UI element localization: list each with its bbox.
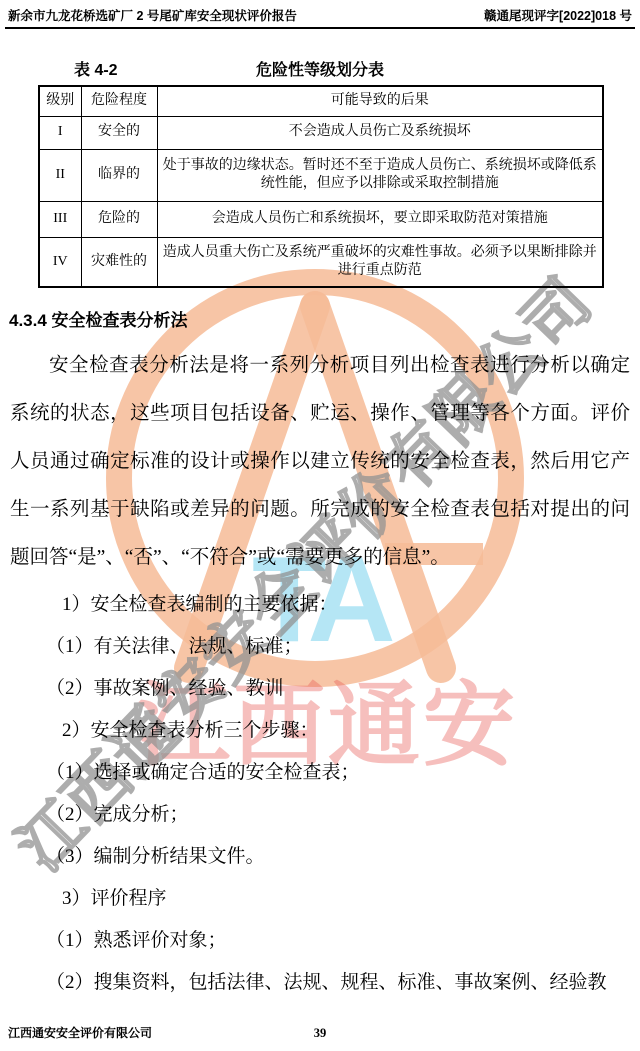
table-header-row: 级别 危险程度 可能导致的后果	[39, 86, 603, 116]
section-heading: 4.3.4 安全检查表分析法	[9, 306, 188, 331]
cell-degree: 临界的	[81, 149, 157, 201]
header-report-title: 新余市九龙花桥选矿厂 2 号尾矿库安全现状评价报告	[8, 6, 297, 24]
list-item: 2）安全检查表分析三个步骤：	[10, 710, 636, 752]
list-item: 3）评价程序	[10, 878, 636, 920]
table-caption-label: 表 4-2	[74, 57, 118, 80]
header-rule	[5, 27, 635, 29]
header-document-number: 赣通尾现评字[2022]018 号	[484, 6, 632, 24]
footer-page-number: 39	[0, 1026, 640, 1041]
table-caption: 表 4-2 危险性等级划分表	[38, 57, 602, 81]
list-item: （2）搜集资料，包括法律、法规、规程、标准、事故案例、经验教	[10, 962, 636, 1004]
col-header-degree: 危险程度	[81, 86, 157, 116]
report-page: TA 江西通安 江西通安安全评价有限公司 新余市九龙花桥选矿厂 2 号尾矿库安全…	[0, 0, 640, 1051]
cell-consequence: 造成人员重大伤亡及系统严重破坏的灾难性事故。必须予以果断排除并进行重点防范	[157, 237, 603, 287]
list-item: （3）编制分析结果文件。	[10, 836, 636, 878]
cell-level: IV	[39, 237, 81, 287]
table-row: III 危险的 会造成人员伤亡和系统损坏，要立即采取防范对策措施	[39, 201, 603, 237]
cell-consequence: 会造成人员伤亡和系统损坏，要立即采取防范对策措施	[157, 201, 603, 237]
section-paragraph: 安全检查表分析法是将一系列分析项目列出检查表进行分析以确定系统的状态，这些项目包…	[10, 342, 630, 582]
cell-consequence: 不会造成人员伤亡及系统损坏	[157, 116, 603, 149]
table-caption-title: 危险性等级划分表	[256, 62, 384, 79]
table-row: I 安全的 不会造成人员伤亡及系统损坏	[39, 116, 603, 149]
cell-level: III	[39, 201, 81, 237]
list-item: 1）安全检查表编制的主要依据：	[10, 584, 636, 626]
section-list: 1）安全检查表编制的主要依据： （1）有关法律、法规、标准； （2）事故案例、经…	[10, 584, 636, 1004]
cell-level: I	[39, 116, 81, 149]
list-item: （1）有关法律、法规、标准；	[10, 626, 636, 668]
col-header-level: 级别	[39, 86, 81, 116]
hazard-level-table: 级别 危险程度 可能导致的后果 I 安全的 不会造成人员伤亡及系统损坏 II 临…	[38, 85, 604, 288]
col-header-consequence: 可能导致的后果	[157, 86, 603, 116]
page-content: 新余市九龙花桥选矿厂 2 号尾矿库安全现状评价报告 赣通尾现评字[2022]01…	[0, 0, 640, 1051]
table-row: II 临界的 处于事故的边缘状态。暂时还不至于造成人员伤亡、系统损坏或降低系统性…	[39, 149, 603, 201]
cell-degree: 灾难性的	[81, 237, 157, 287]
page-header: 新余市九龙花桥选矿厂 2 号尾矿库安全现状评价报告 赣通尾现评字[2022]01…	[8, 6, 632, 24]
table-row: IV 灾难性的 造成人员重大伤亡及系统严重破坏的灾难性事故。必须予以果断排除并进…	[39, 237, 603, 287]
list-item: （2）完成分析；	[10, 794, 636, 836]
cell-level: II	[39, 149, 81, 201]
cell-consequence: 处于事故的边缘状态。暂时还不至于造成人员伤亡、系统损坏或降低系统性能，但应予以排…	[157, 149, 603, 201]
list-item: （2）事故案例、经验、教训	[10, 668, 636, 710]
cell-degree: 危险的	[81, 201, 157, 237]
list-item: （1）熟悉评价对象；	[10, 920, 636, 962]
cell-degree: 安全的	[81, 116, 157, 149]
list-item: （1）选择或确定合适的安全检查表；	[10, 752, 636, 794]
